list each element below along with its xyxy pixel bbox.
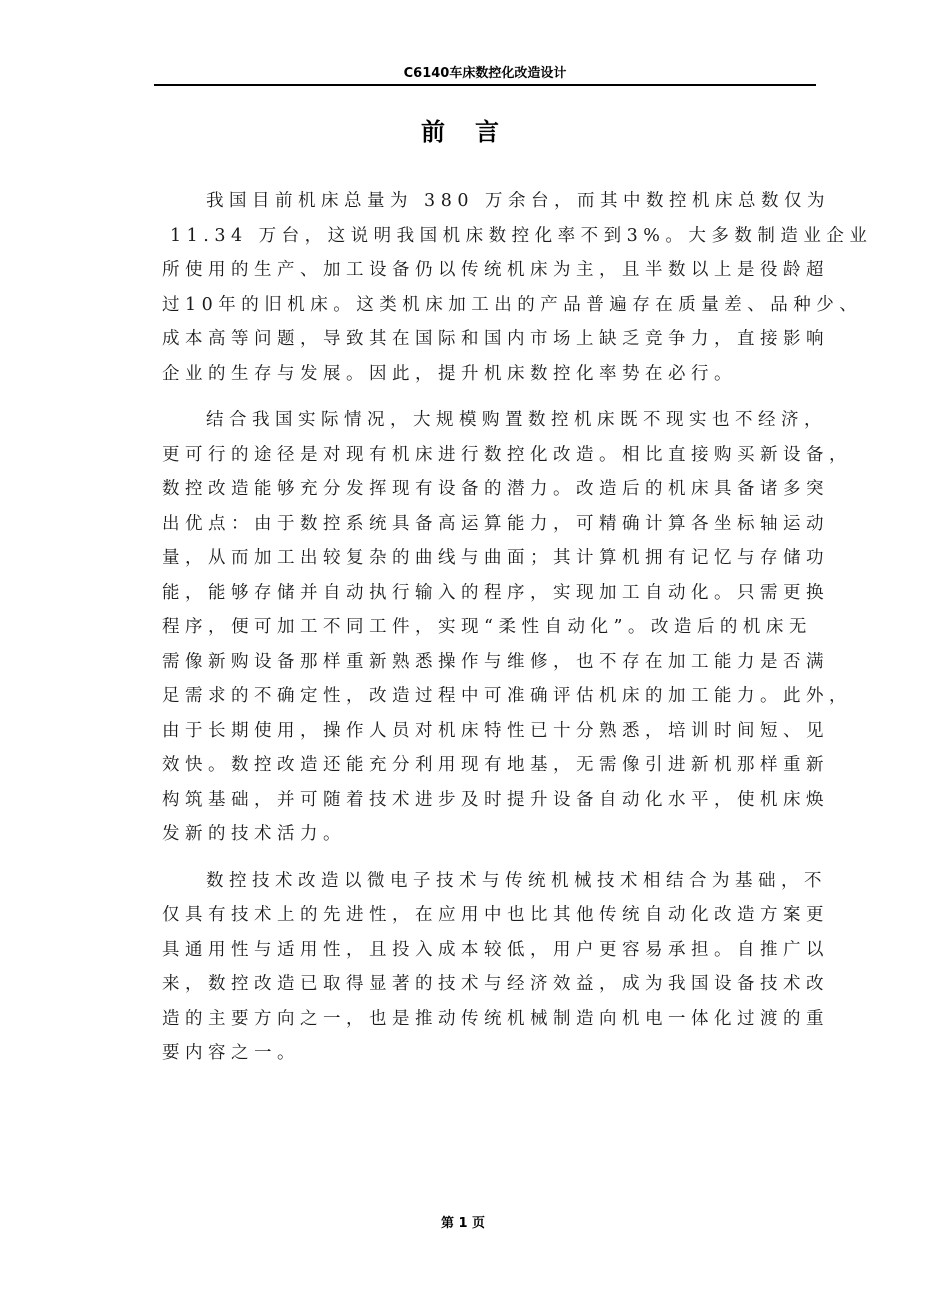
text-line: 数控技术改造以微电子技术与传统机械技术相结合为基础，不 [162, 864, 832, 899]
text-line: 能，能够存储并自动执行输入的程序，实现加工自动化。只需更换 [162, 576, 832, 611]
document-body: 我国目前机床总量为 380 万余台，而其中数控机床总数仅为 11.34 万台，这… [162, 184, 832, 1083]
text-line: 需像新购设备那样重新熟悉操作与维修，也不存在加工能力是否满 [162, 645, 832, 680]
text-line: 量，从而加工出较复杂的曲线与曲面；其计算机拥有记忆与存储功 [162, 541, 832, 576]
text-line: 造的主要方向之一，也是推动传统机械制造向机电一体化过渡的重 [162, 1002, 832, 1037]
text-line: 仅具有技术上的先进性，在应用中也比其他传统自动化改造方案更 [162, 898, 832, 933]
text-line: 构筑基础，并可随着技术进步及时提升设备自动化水平，使机床焕 [162, 783, 832, 818]
text-line: 数控改造能够充分发挥现有设备的潜力。改造后的机床具备诸多突 [162, 472, 832, 507]
text-line: 具通用性与适用性，且投入成本较低，用户更容易承担。自推广以 [162, 933, 832, 968]
text-line: 企业的生存与发展。因此，提升机床数控化率势在必行。 [162, 357, 832, 392]
text-line: 结合我国实际情况，大规模购置数控机床既不现实也不经济， [162, 403, 832, 438]
text-line: 来，数控改造已取得显著的技术与经济效益，成为我国设备技术改 [162, 967, 832, 1002]
text-line: 程序，便可加工不同工件，实现“柔性自动化”。改造后的机床无 [162, 610, 832, 645]
text-line: 出优点：由于数控系统具备高运算能力，可精确计算各坐标轴运动 [162, 507, 832, 542]
text-line: 要内容之一。 [162, 1036, 832, 1071]
text-line: 足需求的不确定性，改造过程中可准确评估机床的加工能力。此外， [162, 679, 832, 714]
text-line: 我国目前机床总量为 380 万余台，而其中数控机床总数仅为 [162, 184, 832, 219]
page-number: 第 1 页 [0, 1214, 926, 1234]
text-line: 效快。数控改造还能充分利用现有地基，无需像引进新机那样重新 [162, 748, 832, 783]
page-title: 前言 [0, 112, 926, 152]
text-line: 更可行的途径是对现有机床进行数控化改造。相比直接购买新设备， [162, 438, 832, 473]
text-line: 成本高等问题，导致其在国际和国内市场上缺乏竞争力，直接影响 [162, 322, 832, 357]
text-line: 过10年的旧机床。这类机床加工出的产品普遍存在质量差、品种少、 [162, 288, 832, 323]
paragraph-3: 数控技术改造以微电子技术与传统机械技术相结合为基础，不 仅具有技术上的先进性，在… [162, 864, 832, 1071]
running-title: C6140车床数控化改造设计 [404, 66, 567, 81]
text-line: 发新的技术活力。 [162, 817, 832, 852]
paragraph-1: 我国目前机床总量为 380 万余台，而其中数控机床总数仅为 11.34 万台，这… [162, 184, 832, 391]
text-line: 11.34 万台，这说明我国机床数控化率不到3%。大多数制造业企业 [162, 219, 832, 254]
text-line: 由于长期使用，操作人员对机床特性已十分熟悉，培训时间短、见 [162, 714, 832, 749]
page-header: C6140车床数控化改造设计 [154, 62, 816, 86]
text-line: 所使用的生产、加工设备仍以传统机床为主，且半数以上是役龄超 [162, 253, 832, 288]
paragraph-2: 结合我国实际情况，大规模购置数控机床既不现实也不经济， 更可行的途径是对现有机床… [162, 403, 832, 852]
